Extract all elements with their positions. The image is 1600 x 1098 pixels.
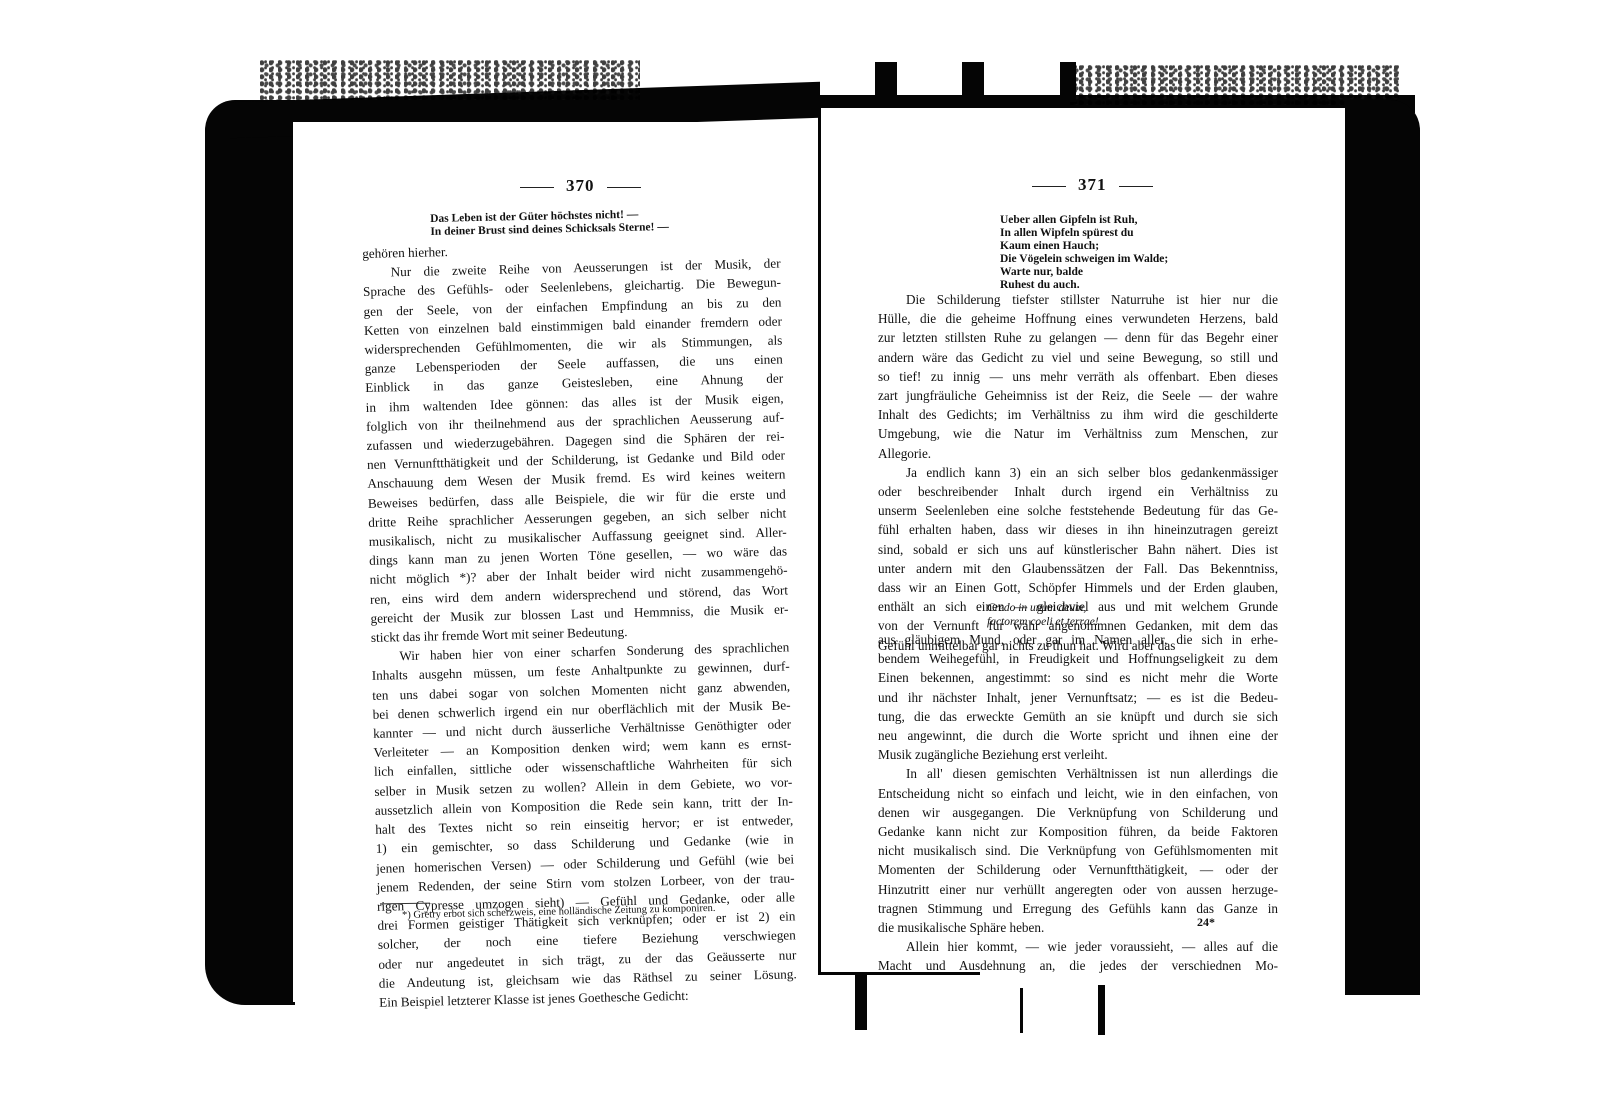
text-line: In all' diesen gemischten Verhältnissen … bbox=[878, 764, 1278, 783]
tab-2 bbox=[962, 62, 984, 102]
text-line: Allein hier kommt, — wie jeder voraussie… bbox=[878, 937, 1278, 956]
text-line: Hülle, die die geheime Hoffnung eines ve… bbox=[878, 309, 1278, 328]
bottom-stub-1 bbox=[855, 975, 867, 1030]
text-line: Umgebung, wie die Natur im Verhältniss z… bbox=[878, 424, 1278, 443]
text-line: so tief! zu innig — uns mehr verräth als… bbox=[878, 367, 1278, 386]
verse-line: In allen Wipfeln spürest du bbox=[1000, 227, 1168, 240]
text-line: nicht musikalisch sind. Die Verknüpfung … bbox=[878, 841, 1278, 860]
left-page-number: 370 bbox=[508, 176, 653, 196]
right-page-number: 371 bbox=[1020, 175, 1165, 195]
text-line: tragnen Stimmung und Erregung des Gefühl… bbox=[878, 899, 1278, 918]
verse-line: Kaum einen Hauch; bbox=[1000, 240, 1168, 253]
verse-line: Die Vögelein schweigen im Walde; bbox=[1000, 253, 1168, 266]
left-cover-edge bbox=[205, 100, 295, 1005]
text-line: Die Schilderung tiefster stillster Natur… bbox=[878, 290, 1278, 309]
tab-1 bbox=[875, 62, 897, 102]
text-line: sind, sobald er sich uns auf künstlerisc… bbox=[878, 540, 1278, 559]
text-line: unserm Seelenleben eine solche feststehe… bbox=[878, 501, 1278, 520]
text-line: tung, die das erweckte Gemüth an sie knü… bbox=[878, 707, 1278, 726]
right-verse: Ueber allen Gipfeln ist Ruh, In allen Wi… bbox=[1000, 214, 1168, 292]
text-line: und ihr nächster Inhalt, jener Vernunfts… bbox=[878, 688, 1278, 707]
right-body-text-2: aus gläubigem Mund, oder gar im Namen al… bbox=[878, 630, 1278, 976]
bottom-stub-2 bbox=[1020, 988, 1023, 1033]
text-line: Inhalt des Gedichts; im Verhältniss zu i… bbox=[878, 405, 1278, 424]
scan-noise-top-left bbox=[260, 60, 640, 100]
text-line: Macht und Ausdehnung an, die jedes der v… bbox=[878, 956, 1278, 975]
text-line: Momenten der Schilderung oder Vernunftth… bbox=[878, 860, 1278, 879]
text-line: fühl erhalten haben, dass wir dieses in … bbox=[878, 520, 1278, 539]
text-line: die musikalische Sphäre heben. bbox=[878, 918, 1278, 937]
tab-3 bbox=[1060, 62, 1076, 102]
text-line: aus gläubigem Mund, oder gar im Namen al… bbox=[878, 630, 1278, 649]
text-line: Einen bekennen, angestimmt: so sind es n… bbox=[878, 668, 1278, 687]
text-line: oder beschreibender Inhalt durch irgend … bbox=[878, 482, 1278, 501]
verse-line: Warte nur, balde bbox=[1000, 266, 1168, 279]
text-line: Musik zugängliche Beziehung erst verleih… bbox=[878, 745, 1278, 764]
text-line: Hinzutritt einer nur verhüllt angeregten… bbox=[878, 880, 1278, 899]
text-line: unter andern mit den Glaubenssätzen der … bbox=[878, 559, 1278, 578]
text-line: dass wir an Einen Gott, Schöpfer Himmels… bbox=[878, 578, 1278, 597]
left-verse: Das Leben ist der Güter höchstes nicht! … bbox=[430, 208, 669, 239]
text-line: andern wäre das Gedicht zu viel und sein… bbox=[878, 348, 1278, 367]
verse-line: Ueber allen Gipfeln ist Ruh, bbox=[1000, 214, 1168, 227]
latin-line: factorem coeli et terrae! bbox=[987, 615, 1099, 629]
right-cover-edge bbox=[1345, 100, 1420, 995]
text-line: zart jungfräuliche Geheimniss ist der Re… bbox=[878, 386, 1278, 405]
left-body-text: gehören hierher.Nur die zweite Reihe von… bbox=[362, 235, 797, 1012]
text-line: denen wir ausgegangen. Die Verknüpfung v… bbox=[878, 803, 1278, 822]
text-line: zur letzten stillsten Ruhe zu gelangen —… bbox=[878, 328, 1278, 347]
text-line: Allegorie. bbox=[878, 444, 1278, 463]
bottom-stub-3 bbox=[1098, 985, 1105, 1035]
book-scan: 370 Das Leben ist der Güter höchstes nic… bbox=[0, 0, 1600, 1098]
text-line: Ja endlich kann 3) ein an sich selber bl… bbox=[878, 463, 1278, 482]
latin-quote: Credo in unum deum, factorem coeli et te… bbox=[987, 601, 1099, 629]
text-line: bendem Weihegefühl, in Freudigkeit und H… bbox=[878, 649, 1278, 668]
text-line: Entscheidung nicht so einfach und leicht… bbox=[878, 784, 1278, 803]
signature-mark: 24* bbox=[1197, 915, 1215, 930]
scan-noise-top-right bbox=[1070, 65, 1400, 105]
text-line: neu angewinnt, die durch die Worte spric… bbox=[878, 726, 1278, 745]
latin-line: Credo in unum deum, bbox=[987, 601, 1099, 615]
text-line: Gedanke kann nicht zur Komposition führe… bbox=[878, 822, 1278, 841]
